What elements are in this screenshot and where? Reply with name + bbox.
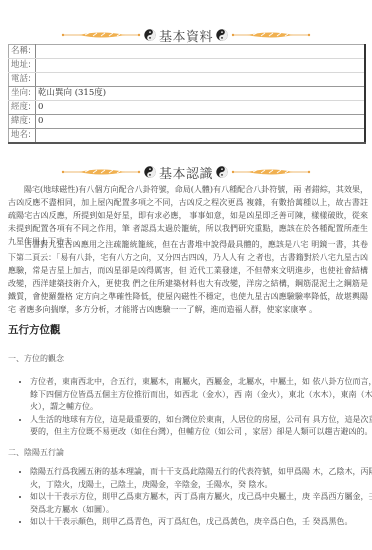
yin-yang-icon	[144, 29, 156, 41]
info-label: 地名:	[9, 129, 36, 144]
yin-yang-icon	[144, 166, 156, 178]
subsection-heading: 一、方位的觀念	[8, 353, 64, 364]
banner-title: 基本資料	[159, 26, 213, 45]
info-value	[36, 73, 366, 87]
info-row-latitude: 緯度: 0	[9, 115, 366, 129]
info-label: 電話:	[9, 73, 36, 87]
section-banner-basic-info: 基本資料	[0, 26, 372, 44]
subsection-heading: 二、陰陽五行論	[8, 447, 64, 458]
info-label: 地址:	[9, 59, 36, 73]
rope-ornament-right-icon	[231, 167, 311, 177]
info-label: 名稱:	[9, 45, 36, 59]
yin-yang-icon	[216, 166, 228, 178]
basic-info-table: 名稱: 地址: 電話: 坐向: 乾山巽向 (315度) 經度: 0 緯度: 0 …	[8, 44, 366, 144]
info-row-name: 名稱:	[9, 45, 366, 59]
bullet-list: 方位者，東南西北中，合五行，東屬木，南屬火，西屬金，北屬水，中屬土，如 依八卦方…	[18, 376, 372, 439]
list-item: 陰陽五行爲我國五術的基本理論，而十干支爲此陰陽五行的代表符號，如甲爲陽 木，乙陰…	[30, 466, 372, 491]
rope-ornament-right-icon	[231, 30, 311, 40]
info-label: 經度:	[9, 101, 36, 115]
banner-title: 基本認識	[159, 163, 213, 182]
info-value	[36, 59, 366, 73]
info-label: 緯度:	[9, 115, 36, 129]
info-value	[36, 129, 366, 144]
bullet-list: 陰陽五行爲我國五術的基本理論，而十干支爲此陰陽五行的代表符號，如甲爲陽 木，乙陰…	[18, 466, 372, 529]
list-item: 如以十干表示方位，則甲乙爲東方屬木，丙丁爲南方屬火，戊己爲中央屬土，庚 辛爲西方…	[30, 491, 372, 516]
list-item: 人生活的地球有方位，這是最重要的，如台灣位於東南，人居位的房屋，公司有 具方位，…	[30, 414, 372, 439]
list-item: 如以十干表示顏色，則甲乙爲青色，丙丁爲紅色，戊己爲黃色，庚辛爲白色，壬 癸爲黑色…	[30, 516, 372, 529]
info-label: 坐向:	[9, 87, 36, 101]
knowledge-paragraph: 古書對九星古凶應用之注疏籠統籠統，但在古書堆中說得最具體的，應該是八宅 明鏡一書…	[8, 238, 368, 316]
yin-yang-icon	[216, 29, 228, 41]
rope-ornament-left-icon	[61, 167, 141, 177]
info-value	[36, 45, 366, 59]
section-banner-basic-knowledge: 基本認識	[0, 163, 372, 181]
section-heading: 五行方位觀	[8, 322, 61, 337]
list-item: 方位者，東南西北中，合五行，東屬木，南屬火，西屬金，北屬水，中屬土，如 依八卦方…	[30, 376, 372, 414]
info-row-orientation: 坐向: 乾山巽向 (315度)	[9, 87, 366, 101]
info-row-longitude: 經度: 0	[9, 101, 366, 115]
info-row-place-name: 地名:	[9, 129, 366, 144]
info-row-address: 地址:	[9, 59, 366, 73]
info-value: 乾山巽向 (315度)	[36, 87, 366, 101]
info-row-phone: 電話:	[9, 73, 366, 87]
info-value: 0	[36, 115, 366, 129]
rope-ornament-left-icon	[61, 30, 141, 40]
info-value: 0	[36, 101, 366, 115]
